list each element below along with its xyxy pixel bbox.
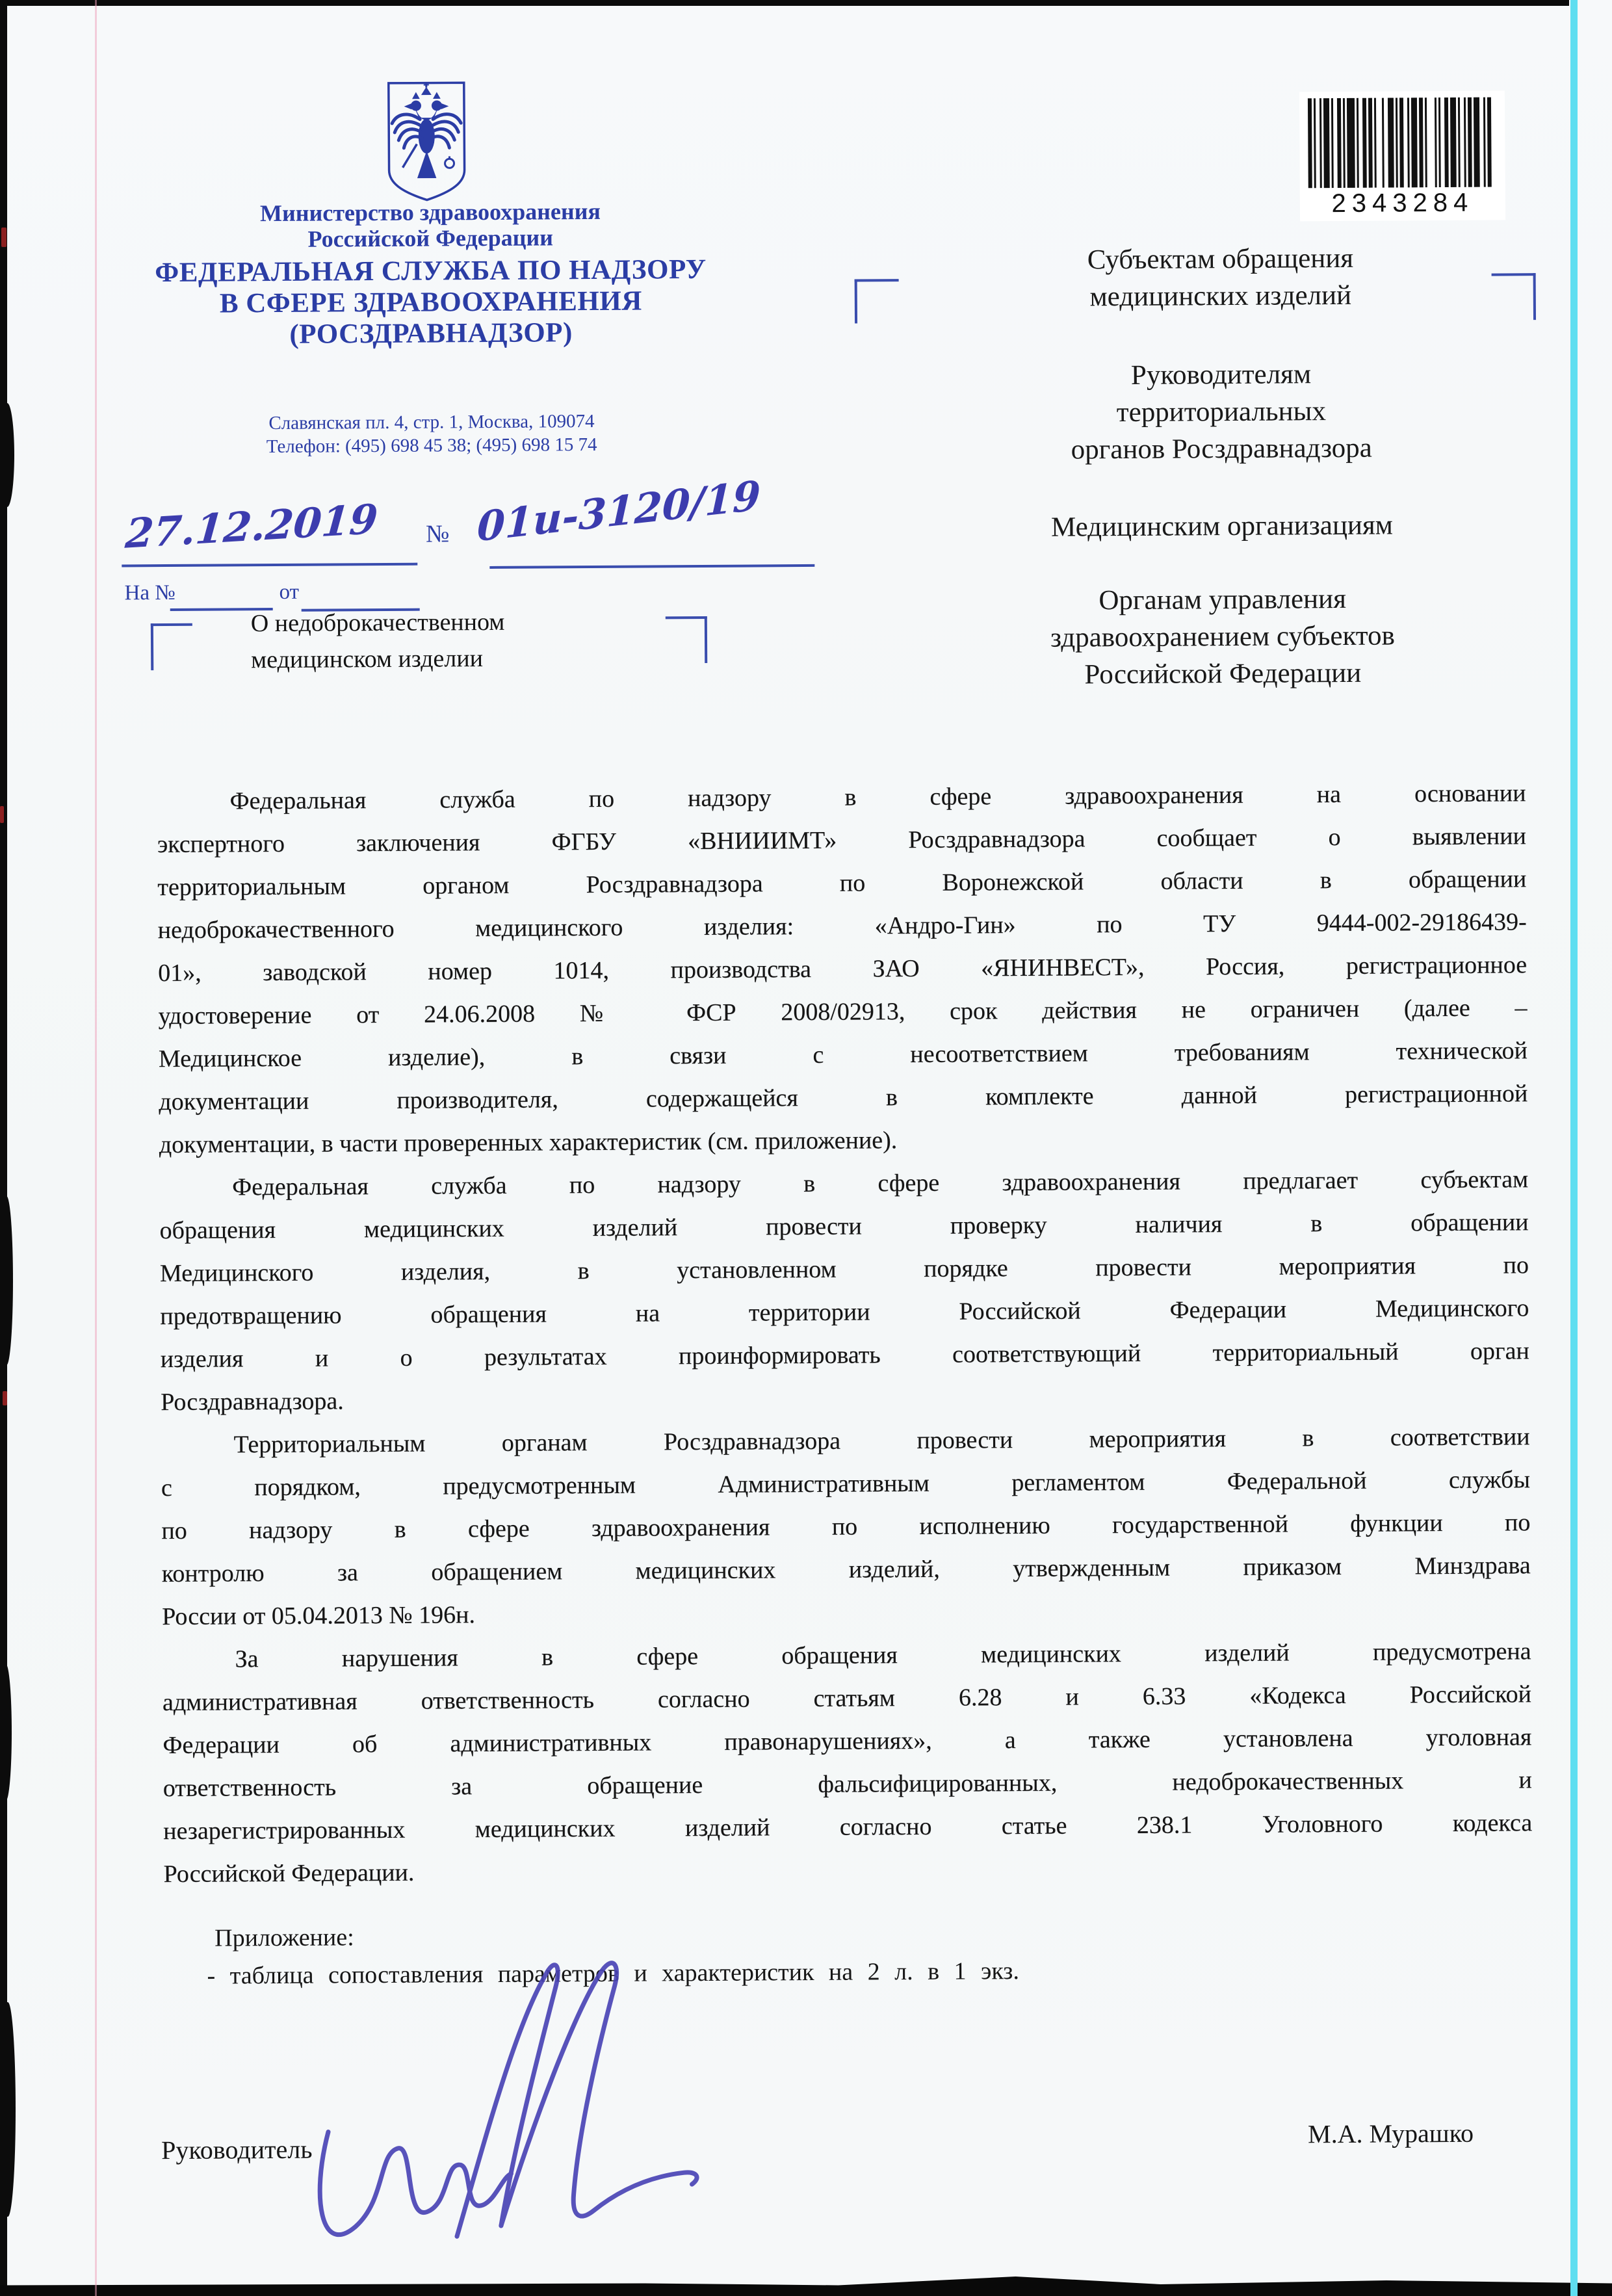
letter-content: Министерство здравоохранения Российской … xyxy=(0,0,1612,2296)
service-name: ФЕДЕРАЛЬНАЯ СЛУЖБА ПО НАДЗОРУ В СФЕРЕ ЗД… xyxy=(105,254,756,351)
signature-ink xyxy=(291,1934,774,2288)
number-underline xyxy=(489,564,814,569)
barcode-bars-icon xyxy=(1303,97,1501,188)
signer-position: Руководитель xyxy=(161,2134,313,2165)
barcode: 2343284 xyxy=(1299,90,1505,221)
ministry-line: Министерство здравоохранения xyxy=(138,198,723,227)
handwritten-date: 27.12.2019 xyxy=(123,495,380,558)
number-sign: № xyxy=(426,519,450,548)
recipient-group: Субъектам обращения медицинских изделий xyxy=(872,239,1568,317)
body-line: изделия и о результатах проинформировать… xyxy=(161,1329,1529,1381)
recipient-group: Медицинским организациям xyxy=(874,506,1570,547)
body-line: документации производителя, содержащейся… xyxy=(159,1072,1527,1123)
recipient-line: территориальных xyxy=(874,391,1569,433)
handwritten-number: 01и-3120/19 xyxy=(476,471,761,551)
coat-of-arms-icon xyxy=(384,79,469,203)
service-line: (РОСЗДРАВНАДЗОР) xyxy=(106,316,756,351)
phone-line: Телефон: (495) 698 45 38; (495) 698 15 7… xyxy=(139,432,724,459)
body-line: незарегистрированных медицинских изделий… xyxy=(163,1801,1532,1853)
date-underline xyxy=(122,563,417,567)
recipient-line: Руководителям xyxy=(873,354,1568,396)
letter-body: Федеральная служба по надзору в сфере зд… xyxy=(157,772,1532,1896)
subject-block: О недоброкачественном медицинском издели… xyxy=(251,603,746,679)
ministry-name: Министерство здравоохранения Российской … xyxy=(138,198,723,253)
barcode-number: 2343284 xyxy=(1304,188,1501,218)
contact-block: Славянская пл. 4, стр. 1, Москва, 109074… xyxy=(139,409,724,459)
recipient-line: Органам управления xyxy=(874,579,1570,621)
address-line: Славянская пл. 4, стр. 1, Москва, 109074 xyxy=(139,409,724,436)
reply-prefix: На № xyxy=(124,581,175,605)
recipient-line: органов Росздравнадзора xyxy=(874,428,1569,470)
subject-line: О недоброкачественном xyxy=(251,603,745,642)
scanned-letter-page: Министерство здравоохранения Российской … xyxy=(0,0,1612,2296)
scan-speck xyxy=(0,806,4,823)
body-line: контролю за обращением медицинских издел… xyxy=(162,1544,1531,1595)
recipient-group: Органам управления здравоохранением субъ… xyxy=(874,579,1570,695)
recipient-group: Руководителям территориальных органов Ро… xyxy=(873,354,1569,470)
subject-line: медицинском изделии xyxy=(251,639,745,679)
subject-bracket-left xyxy=(151,623,192,670)
ministry-line: Российской Федерации xyxy=(138,224,723,253)
address-bracket-left xyxy=(855,279,899,323)
address-bracket-right xyxy=(1492,273,1536,320)
signer-name: М.А. Мурашко xyxy=(1308,2118,1474,2150)
service-line: ФЕДЕРАЛЬНАЯ СЛУЖБА ПО НАДЗОРУ xyxy=(105,254,755,289)
recipients-block: Субъектам обращения медицинских изделий … xyxy=(872,239,1571,734)
reply-from-label: от xyxy=(279,581,299,605)
recipient-line: Медицинским организациям xyxy=(874,506,1570,547)
body-line: Российской Федерации. xyxy=(163,1844,1532,1896)
recipient-line: медицинских изделий xyxy=(873,276,1568,317)
recipient-line: Российской Федерации xyxy=(875,653,1570,695)
recipient-line: Субъектам обращения xyxy=(872,239,1568,280)
scan-speck xyxy=(3,1391,7,1405)
recipient-line: здравоохранением субъектов xyxy=(875,616,1570,658)
service-line: В СФЕРЕ ЗДРАВООХРАНЕНИЯ xyxy=(106,285,756,320)
